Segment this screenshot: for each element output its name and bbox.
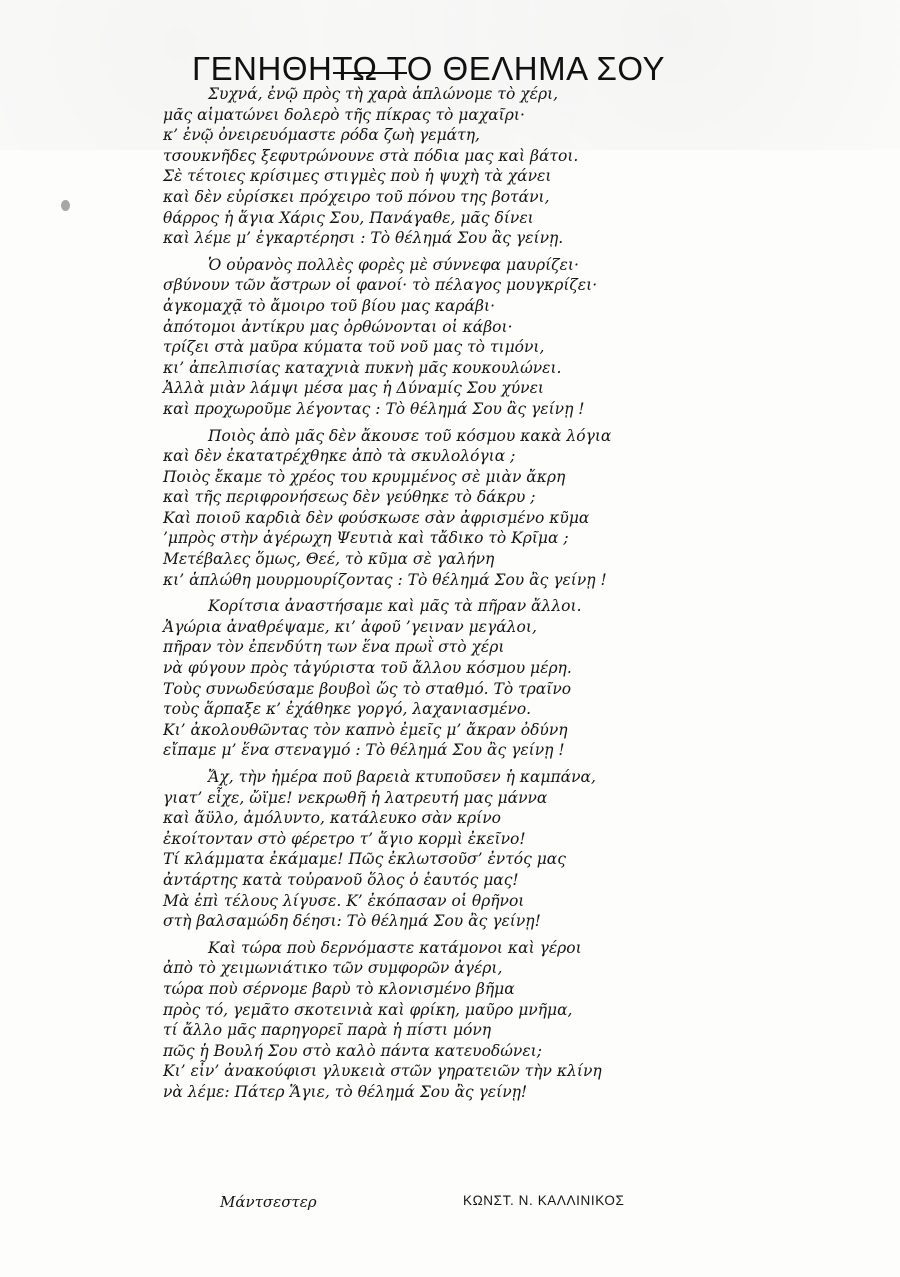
poem-line: Κι’ εἶν’ ἀνακούφισι γλυκειὰ στῶν γηρατει… bbox=[163, 1061, 723, 1082]
poem-line: καὶ λέμε μ’ ἐγκαρτέρησι : Τὸ θέλημά Σου … bbox=[163, 228, 723, 249]
poem-line: Ὁ οὐρανὸς πολλὲς φορὲς μὲ σύννεφα μαυρίζ… bbox=[163, 255, 723, 276]
signature-author: ΚΩΝΣΤ. Ν. ΚΑΛΛΙΝΙΚΟΣ bbox=[463, 1193, 624, 1208]
poem-line: ἀπότομοι ἀντίκρυ μας ὀρθώνονται οἱ κάβοι… bbox=[163, 317, 723, 338]
stanza-4: Κορίτσια ἀναστήσαμε καὶ μᾶς τὰ πῆραν ἄλλ… bbox=[163, 596, 723, 761]
poem-line: νὰ φύγουν πρὸς τἀγύριστα τοῦ ἄλλου κόσμο… bbox=[163, 658, 723, 679]
poem-line: κι’ ἀπελπισίας καταχνιὰ πυκνὴ μᾶς κουκου… bbox=[163, 358, 723, 379]
poem-line: πρὸς τό, γεμᾶτο σκοτεινιὰ καὶ φρίκη, μαῦ… bbox=[163, 1000, 723, 1021]
poem-line: Συχνά, ἐνῷ πρὸς τὴ χαρὰ ἁπλώνομε τὸ χέρι… bbox=[163, 84, 723, 105]
stanza-1: Συχνά, ἐνῷ πρὸς τὴ χαρὰ ἁπλώνομε τὸ χέρι… bbox=[163, 84, 723, 249]
poem-line: Μὰ ἐπὶ τέλους λίγυσε. Κ’ ἐκόπασαν οἱ θρῆ… bbox=[163, 891, 723, 912]
signature-place: Μάντσεστερ bbox=[220, 1193, 317, 1211]
poem-line: Σὲ τέτοιες κρίσιμες στιγμὲς ποὺ ἡ ψυχὴ τ… bbox=[163, 166, 723, 187]
stanza-5: Ἄχ, τὴν ἡμέρα ποῦ βαρειὰ κτυποῦσεν ἡ καμ… bbox=[163, 767, 723, 932]
poem-line: πῆραν τὸν ἐπενδύτη των ἕνα πρωῒ στὸ χέρι bbox=[163, 637, 723, 658]
poem-line: Ποιὸς ἔκαμε τὸ χρέος του κρυμμένος σὲ μι… bbox=[163, 467, 723, 488]
poem-line: ἀντάρτης κατὰ τοὐρανοῦ ὅλος ὁ ἑαυτός μας… bbox=[163, 870, 723, 891]
poem-title: ΓΕΝΗΘΗΤΩ ΤΟ ΘΕΛΗΜΑ ΣΟΥ bbox=[192, 50, 665, 88]
poem-line: Τοὺς συνωδεύσαμε βουβοὶ ὥς τὸ σταθμό. Τὸ… bbox=[163, 679, 723, 700]
poem-line: καὶ τῆς περιφρονήσεως δὲν γεύθηκε τὸ δάκ… bbox=[163, 487, 723, 508]
poem-line: τσουκνῆδες ξεφυτρώνουνε στὰ πόδια μας κα… bbox=[163, 146, 723, 167]
poem-line: Μετέβαλες ὅμως, Θεέ, τὸ κῦμα σὲ γαλήνη bbox=[163, 549, 723, 570]
poem-line: ἀπὸ τὸ χειμωνιάτικο τῶν συμφορῶν ἀγέρι, bbox=[163, 958, 723, 979]
poem-line: Ἄχ, τὴν ἡμέρα ποῦ βαρειὰ κτυποῦσεν ἡ καμ… bbox=[163, 767, 723, 788]
title-underline bbox=[333, 72, 407, 74]
poem-line: τώρα ποὺ σέρνομε βαρὺ τὸ κλονισμένο βῆμα bbox=[163, 979, 723, 1000]
poem-line: τρίζει στὰ μαῦρα κύματα τοῦ νοῦ μας τὸ τ… bbox=[163, 337, 723, 358]
poem-line: σβύνουν τῶν ἄστρων οἱ φανοί· τὸ πέλαγος … bbox=[163, 275, 723, 296]
poem-line: Ἀγώρια ἀναθρέψαμε, κι’ ἀφοῦ ’γειναν μεγά… bbox=[163, 617, 723, 638]
stanza-3: Ποιὸς ἀπὸ μᾶς δὲν ἄκουσε τοῦ κόσμου κακὰ… bbox=[163, 426, 723, 591]
poem-line: Καὶ τώρα ποὺ δερνόμαστε κατάμονοι καὶ γέ… bbox=[163, 938, 723, 959]
poem-line: καὶ δὲν ἐκατατρέχθηκε ἀπὸ τὰ σκυλολόγια … bbox=[163, 446, 723, 467]
stanza-2: Ὁ οὐρανὸς πολλὲς φορὲς μὲ σύννεφα μαυρίζ… bbox=[163, 255, 723, 420]
poem-line: στὴ βαλσαμώδη δέησι: Τὸ θέλημά Σου ἂς γε… bbox=[163, 911, 723, 932]
poem-line: εἴπαμε μ’ ἕνα στεναγμό : Τὸ θέλημά Σου ἂ… bbox=[163, 740, 723, 761]
ink-blot bbox=[61, 200, 70, 211]
poem-line: Τί κλάμματα ἐκάμαμε! Πῶς ἐκλωτσοῦσ’ ἐντό… bbox=[163, 849, 723, 870]
poem-line: νὰ λέμε: Πάτερ Ἅγιε, τὸ θέλημά Σου ἂς γε… bbox=[163, 1082, 723, 1103]
poem-line: θάρρος ἡ ἅγια Χάρις Σου, Πανάγαθε, μᾶς δ… bbox=[163, 208, 723, 229]
poem-line: καὶ δὲν εὑρίσκει πρόχειρο τοῦ πόνου της … bbox=[163, 187, 723, 208]
poem-line: Κι’ ἀκολουθῶντας τὸν καπνὸ ἐμεῖς μ’ ἄκρα… bbox=[163, 720, 723, 741]
poem-line: γιατ’ εἶχε, ὤϊμε! νεκρωθῆ ἡ λατρευτή μας… bbox=[163, 788, 723, 809]
stanza-6: Καὶ τώρα ποὺ δερνόμαστε κατάμονοι καὶ γέ… bbox=[163, 938, 723, 1103]
poem-line: Ποιὸς ἀπὸ μᾶς δὲν ἄκουσε τοῦ κόσμου κακὰ… bbox=[163, 426, 723, 447]
poem-line: τί ἄλλο μᾶς παρηγορεῖ παρὰ ἡ πίστι μόνη bbox=[163, 1020, 723, 1041]
poem-body: Συχνά, ἐνῷ πρὸς τὴ χαρὰ ἁπλώνομε τὸ χέρι… bbox=[163, 84, 723, 1109]
poem-line: μᾶς αἱματώνει δολερὸ τῆς πίκρας τὸ μαχαῖ… bbox=[163, 105, 723, 126]
poem-line: ἀγκομαχᾷ τὸ ἄμοιρο τοῦ βίου μας καράβι· bbox=[163, 296, 723, 317]
poem-line: κ’ ἐνῷ ὀνειρευόμαστε ρόδα ζωὴ γεμάτη, bbox=[163, 125, 723, 146]
poem-line: Ἀλλὰ μιὰν λάμψι μέσα μας ἡ Δύναμίς Σου χ… bbox=[163, 378, 723, 399]
poem-line: Κορίτσια ἀναστήσαμε καὶ μᾶς τὰ πῆραν ἄλλ… bbox=[163, 596, 723, 617]
poem-line: καὶ ἄϋλο, ἀμόλυντο, κατάλευκο σὰν κρίνο bbox=[163, 808, 723, 829]
poem-line: ἐκοίτονταν στὸ φέρετρο τ’ ἅγιο κορμὶ ἐκε… bbox=[163, 829, 723, 850]
poem-line: κι’ ἁπλώθη μουρμουρίζοντας : Τὸ θέλημά Σ… bbox=[163, 570, 723, 591]
poem-line: καὶ προχωροῦμε λέγοντας : Τὸ θέλημά Σου … bbox=[163, 399, 723, 420]
poem-line: Καὶ ποιοῦ καρδιὰ δὲν φούσκωσε σὰν ἀφρισμ… bbox=[163, 508, 723, 529]
poem-line: πῶς ἡ Βουλή Σου στὸ καλὸ πάντα κατευοδών… bbox=[163, 1041, 723, 1062]
poem-line: τοὺς ἅρπαξε κ’ ἐχάθηκε γοργό, λαχανιασμέ… bbox=[163, 699, 723, 720]
poem-line: ’μπρὸς στὴν ἀγέρωχη Ψευτιὰ καὶ τἄδικο τὸ… bbox=[163, 528, 723, 549]
